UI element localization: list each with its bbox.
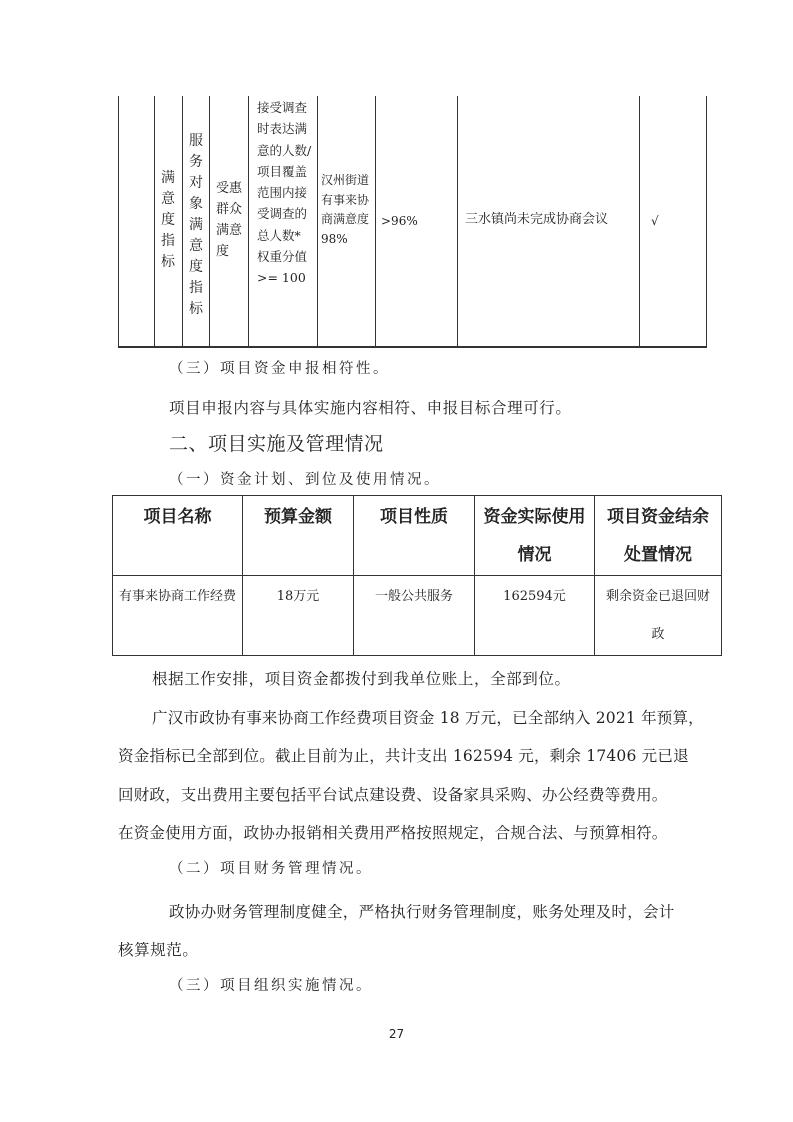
paragraph-funds-line3: 回财政，支出费用主要包括平台试点建设费、设备家具采购、办公经费等费用。 xyxy=(118,784,668,806)
level1-indicator-cell: 满意度指标 xyxy=(160,168,176,273)
paragraph-funds-line4: 在资金使用方面，政协办报销相关费用严格按照规定，合规合法、与预算相符。 xyxy=(118,822,668,844)
cell-project-nature: 一般公共服务 xyxy=(354,576,475,656)
cell-actual-usage: 162594元 xyxy=(475,576,595,656)
section-heading-financial-management: （二）项目财务管理情况。 xyxy=(169,859,373,879)
level2-indicator-cell: 服务对象满意度指标 xyxy=(188,131,204,320)
heading-implementation: 二、项目实施及管理情况 xyxy=(169,432,384,456)
cell-project-name: 有事来协商工作经费 xyxy=(113,576,243,656)
funds-table: 项目名称 预算金额 项目性质 资金实际使用情况 项目资金结余处置情况 有事来协商… xyxy=(112,495,722,656)
paragraph-fund-consistency: 项目申报内容与具体实施内容相符、申报目标合理可行。 xyxy=(169,397,572,419)
table-border xyxy=(154,96,155,347)
header-actual-usage: 资金实际使用情况 xyxy=(475,496,595,576)
table-border xyxy=(118,96,119,347)
table-border xyxy=(182,96,183,347)
header-budget: 预算金额 xyxy=(243,496,354,576)
table-border xyxy=(639,96,640,347)
formula-cell: 接受调查时表达满意的人数/项目覆盖范围内接受调查的总人数*权重分值>= 100 xyxy=(257,97,313,289)
table-border xyxy=(375,96,376,347)
header-project-nature: 项目性质 xyxy=(354,496,475,576)
header-project-name: 项目名称 xyxy=(113,496,243,576)
section-heading-organization: （三）项目组织实施情况。 xyxy=(169,976,373,996)
table-border xyxy=(706,96,707,347)
target-value-cell: >96% xyxy=(381,211,451,232)
checkmark-icon: √ xyxy=(651,211,671,232)
table-header-row: 项目名称 预算金额 项目性质 资金实际使用情况 项目资金结余处置情况 xyxy=(113,496,722,576)
paragraph-funds-arrival: 根据工作安排，项目资金都拨付到我单位账上，全部到位。 xyxy=(152,668,571,690)
deviation-reason-cell: 三水镇尚未完成协商会议 xyxy=(465,209,635,230)
paragraph-financial-management-line2: 核算规范。 xyxy=(118,939,199,961)
cell-budget: 18万元 xyxy=(243,576,354,656)
paragraph-financial-management-line1: 政协办财务管理制度健全，严格执行财务管理制度，账务处理及时，会计 xyxy=(169,901,675,923)
table-row: 有事来协商工作经费 18万元 一般公共服务 162594元 剩余资金已退回财政 xyxy=(113,576,722,656)
page-number: 27 xyxy=(0,1027,793,1041)
cell-balance-disposal: 剩余资金已退回财政 xyxy=(595,576,722,656)
paragraph-funds-line2: 资金指标已全部到位。截止目前为止，共计支出 162594 元，剩余 17406 … xyxy=(118,745,689,767)
table-border xyxy=(118,346,707,348)
table-border xyxy=(209,96,210,347)
table-border xyxy=(317,96,318,347)
table-border xyxy=(248,96,249,347)
section-heading-fund-consistency: （三）项目资金申报相符性。 xyxy=(169,359,390,379)
level3-indicator-cell: 受惠群众满意度 xyxy=(216,178,246,262)
table-border xyxy=(457,96,458,347)
section-heading-fund-plan: （一）资金计划、到位及使用情况。 xyxy=(169,470,441,490)
paragraph-funds-line1: 广汉市政协有事来协商工作经费项目资金 18 万元，已全部纳入 2021 年预算， xyxy=(152,707,704,729)
actual-value-cell: 汉州街道有事来协商满意度98% xyxy=(321,171,373,249)
header-balance-disposal: 项目资金结余处置情况 xyxy=(595,496,722,576)
